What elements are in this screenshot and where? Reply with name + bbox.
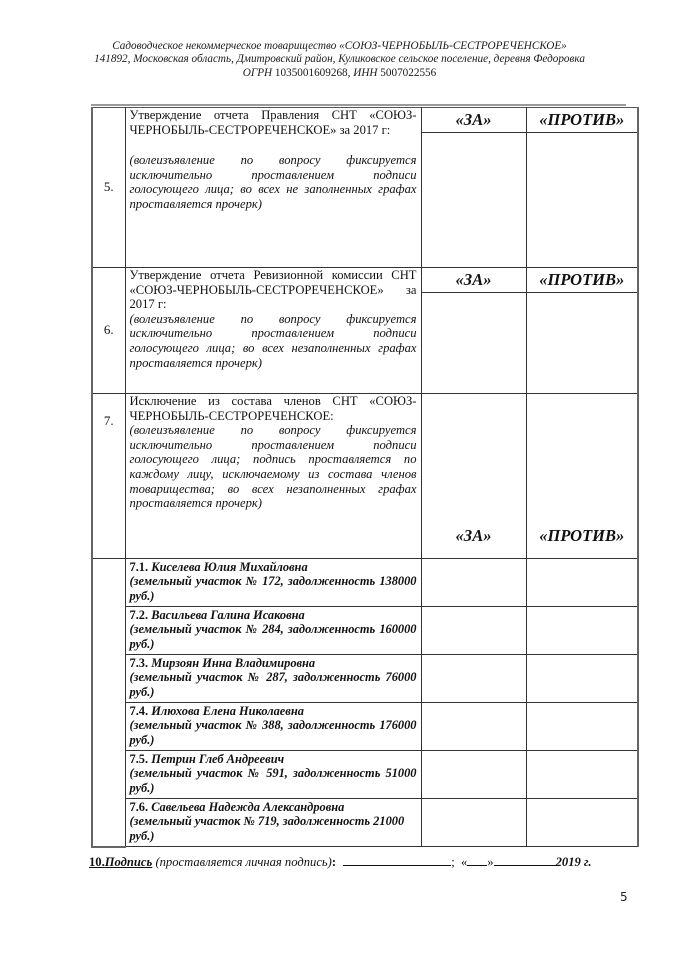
candidate-details: (земельный участок № 287, задолженность … xyxy=(130,670,417,698)
table-top-rule xyxy=(91,104,626,106)
candidate-row: 7.4. Илюхова Елена Николаевна (земельный… xyxy=(92,703,638,751)
candidate-name: Киселева Юлия Михайловна xyxy=(151,560,307,574)
candidate-name: Васильева Галина Исаковна xyxy=(151,608,305,622)
vote-against-cell-7-5[interactable] xyxy=(526,751,638,799)
candidate-details: (земельный участок № 172, задолженность … xyxy=(130,574,417,602)
ballot-table: 5. Утверждение отчета Правления СНТ «СОЮ… xyxy=(91,107,639,848)
vote-against-cell-7-4[interactable] xyxy=(526,703,638,751)
signature-line: 10.Подпись (проставляется личная подпись… xyxy=(89,854,629,870)
candidate-index: 7.1. xyxy=(130,560,149,574)
candidate-cell: 7.1. Киселева Юлия Михайловна (земельный… xyxy=(125,559,421,607)
question-note: (волеизъявление по вопросу фиксируется и… xyxy=(130,153,417,211)
vote-for-cell-7-2[interactable] xyxy=(421,607,526,655)
vote-against-cell-7-2[interactable] xyxy=(526,607,638,655)
vote-against-cell-7-3[interactable] xyxy=(526,655,638,703)
inn-label: ИНН xyxy=(353,67,377,79)
question-text: Утверждение отчета Ревизионной комиссии … xyxy=(125,268,421,394)
org-ids: ОГРН 1035001609268, ИНН 5007022556 xyxy=(0,67,679,80)
candidate-row: 7.1. Киселева Юлия Михайловна (земельный… xyxy=(92,559,638,607)
question-text: Исключение из состава членов СНТ «СОЮЗ-Ч… xyxy=(125,394,421,559)
vote-for-header: «ЗА» xyxy=(421,268,526,293)
candidate-name: Петрин Глеб Андреевич xyxy=(151,752,284,766)
candidate-details: (земельный участок № 284, задолженность … xyxy=(130,622,417,650)
question-note: (волеизъявление по вопросу фиксируется и… xyxy=(130,423,417,511)
candidate-index: 7.3. xyxy=(130,656,149,670)
page-number: 5 xyxy=(620,890,628,904)
inn-value: 5007022556 xyxy=(380,67,436,79)
candidate-details: (земельный участок № 719, задолженность … xyxy=(130,814,405,842)
question-text: Утверждение отчета Правления СНТ «СОЮЗ-Ч… xyxy=(125,108,421,268)
vote-for-cell-5[interactable] xyxy=(421,133,526,268)
candidate-row: 7.6. Савельева Надежда Александровна (зе… xyxy=(92,799,638,847)
candidate-row: 7.5. Петрин Глеб Андреевич (земельный уч… xyxy=(92,751,638,799)
date-year: 2019 г. xyxy=(556,855,592,869)
candidate-name: Мирзоян Инна Владимировна xyxy=(151,656,315,670)
vote-against-cell-7-6[interactable] xyxy=(526,799,638,847)
candidate-index: 7.6. xyxy=(130,800,149,814)
question-number: 5. xyxy=(92,108,125,268)
candidate-index: 7.2. xyxy=(130,608,149,622)
vote-for-cell-6[interactable] xyxy=(421,293,526,394)
vote-against-header: «ПРОТИВ» xyxy=(526,394,638,559)
vote-against-cell-6[interactable] xyxy=(526,293,638,394)
ogrn-label: ОГРН xyxy=(243,67,272,79)
document-header: Садоводческое некоммерческое товариществ… xyxy=(0,40,679,80)
candidate-row: 7.3. Мирзоян Инна Владимировна (земельны… xyxy=(92,655,638,703)
candidate-name: Савельева Надежда Александровна xyxy=(151,800,344,814)
vote-against-header: «ПРОТИВ» xyxy=(526,268,638,293)
candidate-cell: 7.6. Савельева Надежда Александровна (зе… xyxy=(125,799,421,847)
candidate-cell: 7.3. Мирзоян Инна Владимировна (земельны… xyxy=(125,655,421,703)
candidate-index: 7.4. xyxy=(130,704,149,718)
vote-for-header: «ЗА» xyxy=(421,108,526,133)
number-spacer xyxy=(92,559,125,847)
ogrn-value: 1035001609268, xyxy=(275,67,351,79)
question-title: Утверждение отчета Правления СНТ «СОЮЗ-Ч… xyxy=(130,108,417,137)
vote-for-cell-7-1[interactable] xyxy=(421,559,526,607)
vote-against-cell-5[interactable] xyxy=(526,133,638,268)
org-address: 141892, Московская область, Дмитровский … xyxy=(0,53,679,66)
question-title: Исключение из состава членов СНТ «СОЮЗ-Ч… xyxy=(130,394,417,423)
question-title: Утверждение отчета Ревизионной комиссии … xyxy=(130,268,417,311)
date-day-field[interactable] xyxy=(467,854,487,866)
candidate-row: 7.2. Васильева Галина Исаковна (земельны… xyxy=(92,607,638,655)
vote-for-header: «ЗА» xyxy=(421,394,526,559)
question-row-7: 7. Исключение из состава членов СНТ «СОЮ… xyxy=(92,394,638,559)
org-name: Садоводческое некоммерческое товариществ… xyxy=(0,40,679,53)
candidate-name: Илюхова Елена Николаевна xyxy=(151,704,304,718)
vote-against-cell-7-1[interactable] xyxy=(526,559,638,607)
signature-hint: (проставляется личная подпись) xyxy=(155,855,331,869)
candidate-details: (земельный участок № 591, задолженность … xyxy=(130,766,417,794)
question-number: 6. xyxy=(92,268,125,394)
candidate-details: (земельный участок № 388, задолженность … xyxy=(130,718,417,746)
candidate-index: 7.5. xyxy=(130,752,149,766)
vote-for-cell-7-6[interactable] xyxy=(421,799,526,847)
signature-label: 10.Подпись xyxy=(89,855,152,869)
vote-for-cell-7-5[interactable] xyxy=(421,751,526,799)
date-month-field[interactable] xyxy=(494,854,556,866)
candidate-cell: 7.2. Васильева Галина Исаковна (земельны… xyxy=(125,607,421,655)
vote-against-header: «ПРОТИВ» xyxy=(526,108,638,133)
question-row-5: 5. Утверждение отчета Правления СНТ «СОЮ… xyxy=(92,108,638,133)
candidate-cell: 7.4. Илюхова Елена Николаевна (земельный… xyxy=(125,703,421,751)
vote-for-cell-7-3[interactable] xyxy=(421,655,526,703)
question-number: 7. xyxy=(92,394,125,559)
signature-field[interactable] xyxy=(343,854,451,866)
question-row-6: 6. Утверждение отчета Ревизионной комисс… xyxy=(92,268,638,293)
question-note: (волеизъявление по вопросу фиксируется и… xyxy=(130,312,417,370)
vote-for-cell-7-4[interactable] xyxy=(421,703,526,751)
candidate-cell: 7.5. Петрин Глеб Андреевич (земельный уч… xyxy=(125,751,421,799)
